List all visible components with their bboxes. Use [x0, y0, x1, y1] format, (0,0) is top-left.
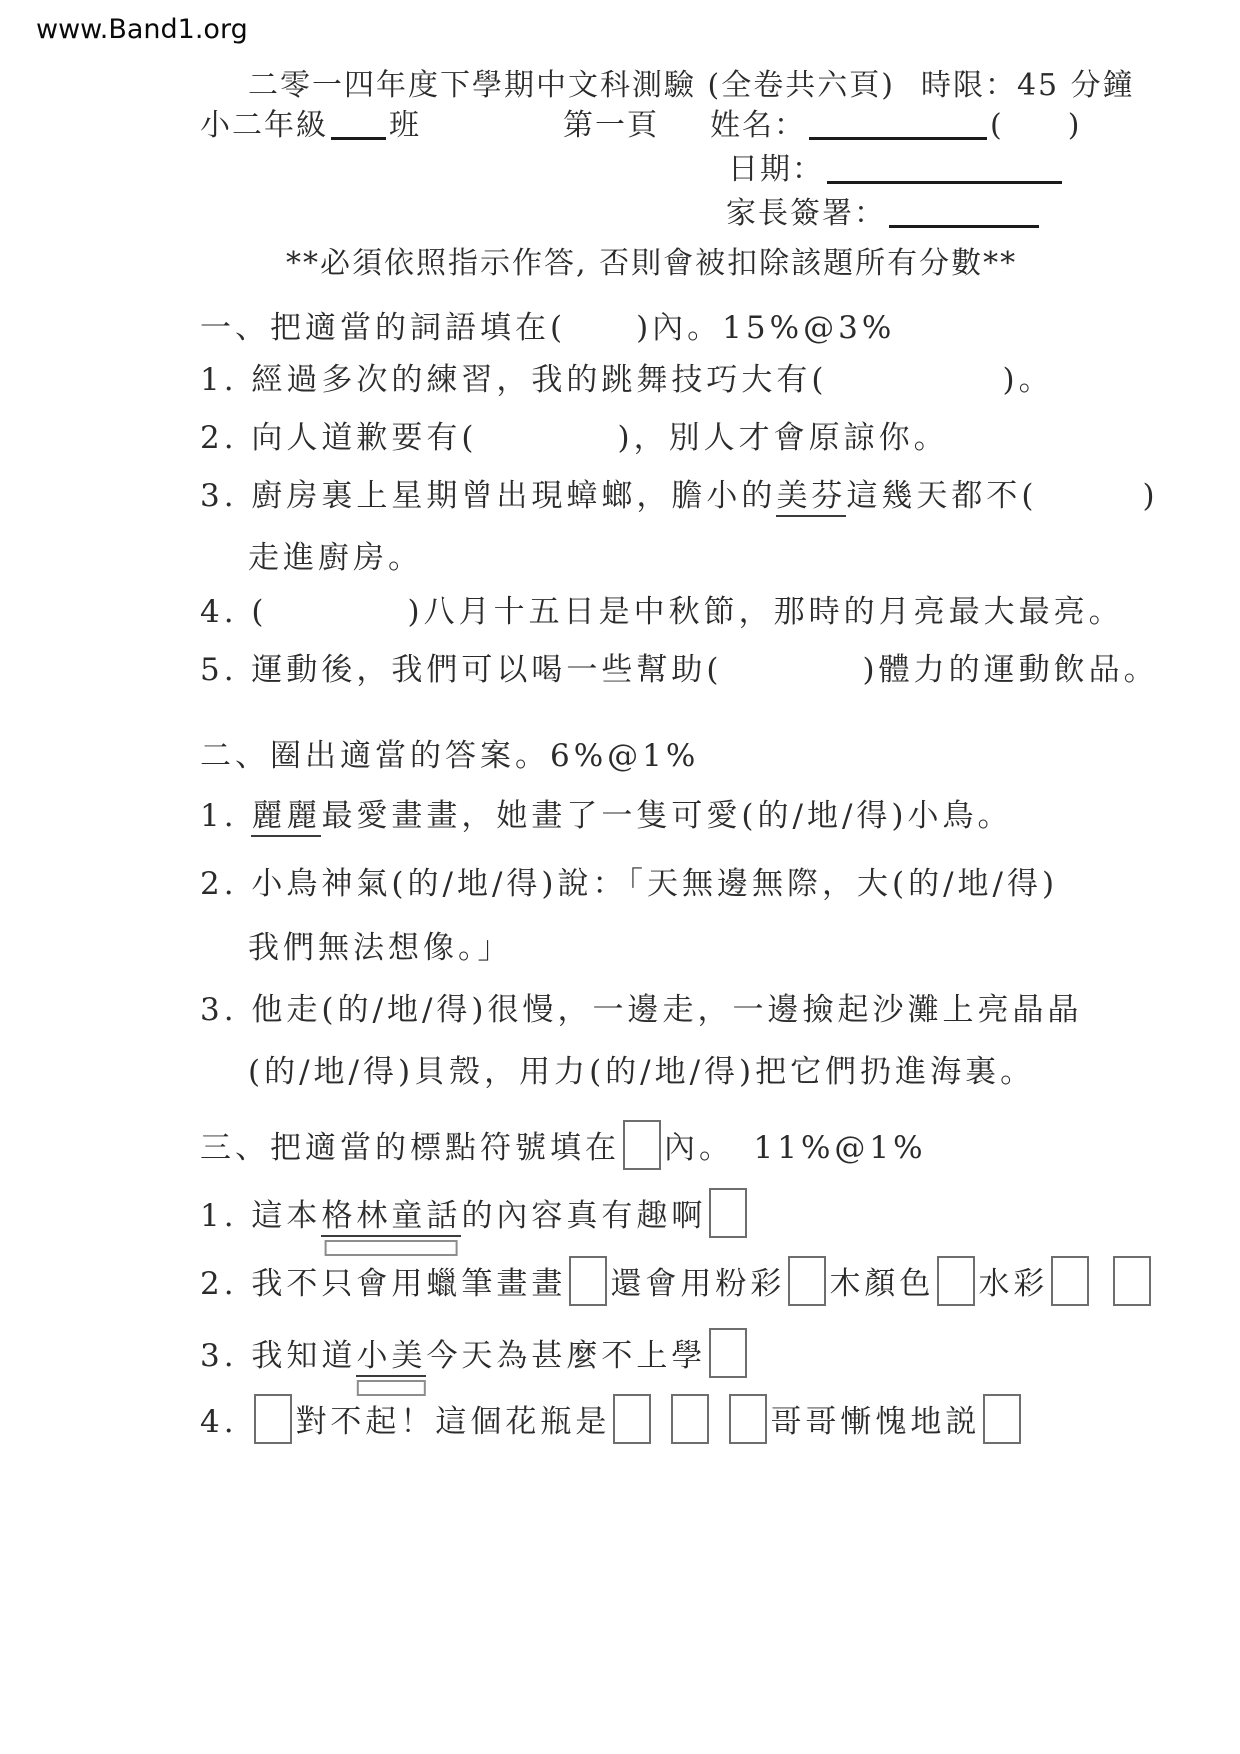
text-run: 今天為甚麼不上學: [426, 1338, 706, 1374]
question-1-4: 4. ( )八月十五日是中秋節，那時的月亮最大最亮。: [200, 592, 1124, 634]
text-run: 1.: [200, 798, 251, 834]
page-number-label: 第一頁: [563, 106, 659, 147]
proper-noun-text: 美芬: [776, 478, 846, 517]
grade-class-line: 小二年級班: [200, 106, 421, 147]
section-2-heading: 二、圈出適當的答案。6%@1%: [200, 736, 699, 778]
question-1-1: 1. 經過多次的練習，我的跳舞技巧大有( )。: [200, 360, 1054, 402]
text-run: 2. 小鳥神氣(的/地/得)說：「天無邊無際，大(的/地/得): [200, 866, 1058, 902]
text-run: 姓名：: [710, 108, 806, 143]
section-1-heading: 一、把適當的詞語填在( )內。15%@3%: [200, 308, 895, 350]
blank-fill-line[interactable]: [809, 137, 987, 140]
text-run: 三、把適當的標點符號填在: [200, 1130, 620, 1166]
text-run: **必須依照指示作答, 否則會被扣除該題所有分數**: [286, 246, 1017, 281]
blank-fill-line[interactable]: [827, 181, 1062, 184]
proper-noun-underlined: 格林童話: [321, 1196, 461, 1238]
text-run: 班: [389, 108, 421, 143]
punctuation-answer-box[interactable]: [937, 1256, 975, 1306]
text-run: 日期：: [728, 152, 824, 187]
question-2-3-line1: 3. 他走(的/地/得)很慢，一邊走，一邊撿起沙灘上亮晶晶: [200, 990, 1083, 1032]
text-run: 內。 11%@1%: [664, 1130, 927, 1166]
text-run: 4.: [200, 1404, 251, 1440]
text-run: 哥哥慚愧地説: [770, 1404, 980, 1440]
proper-noun-text: 麗麗: [251, 798, 321, 837]
punctuation-answer-box[interactable]: [569, 1256, 607, 1306]
text-run: 二、圈出適當的答案。6%@1%: [200, 738, 699, 774]
proper-noun-underlined: 麗麗: [251, 796, 321, 838]
punctuation-answer-box[interactable]: [623, 1120, 661, 1170]
text-run: 2. 向人道歉要有( )，別人才會原諒你。: [200, 420, 949, 456]
section-3-heading: 三、把適當的標點符號填在內。 11%@1%: [200, 1120, 927, 1170]
punctuation-answer-box[interactable]: [709, 1188, 747, 1238]
punctuation-answer-box[interactable]: [729, 1394, 767, 1444]
instruction-notice: **必須依照指示作答, 否則會被扣除該題所有分數**: [286, 244, 1017, 285]
question-1-3-line1: 3. 廚房裏上星期曾出現蟑螂，膽小的美芬這幾天都不( ): [200, 476, 1159, 518]
text-run: 1. 這本: [200, 1198, 321, 1234]
text-run: 小二年級: [200, 108, 328, 143]
blank-fill-line[interactable]: [889, 225, 1039, 228]
name-field-line: 姓名：( ): [710, 106, 1081, 147]
text-run: (的/地/得)貝殼，用力(的/地/得)把它們扔進海裏。: [248, 1054, 1035, 1090]
text-run: 二零一四年度下學期中文科測驗 (全卷共六頁): [248, 68, 895, 103]
text-run: 木顏色: [829, 1266, 934, 1302]
text-run: 還會用粉彩: [610, 1266, 785, 1302]
blank-fill-line[interactable]: [331, 137, 386, 140]
text-run: 一、把適當的詞語填在( )內。15%@3%: [200, 310, 895, 346]
test-title-line: 二零一四年度下學期中文科測驗 (全卷共六頁)時限：45 分鐘: [248, 66, 1135, 107]
question-3-1: 1. 這本格林童話的內容真有趣啊: [200, 1188, 750, 1238]
parent-signature-line: 家長簽署：: [726, 194, 1042, 235]
question-1-5: 5. 運動後，我們可以喝一些幫助( )體力的運動飲品。: [200, 650, 1159, 692]
proper-noun-underlined: 美芬: [776, 476, 846, 518]
question-1-3-line2: 走進廚房。: [248, 538, 423, 580]
text-run: 2. 我不只會用蠟筆畫畫: [200, 1266, 566, 1302]
text-run: 時限：45 分鐘: [921, 68, 1135, 103]
question-2-2-line1: 2. 小鳥神氣(的/地/得)說：「天無邊無際，大(的/地/得): [200, 864, 1058, 906]
text-run: 的內容真有趣啊: [461, 1198, 706, 1234]
text-run: 我們無法想像。」: [248, 930, 513, 966]
question-3-4: 4. 對不起！這個花瓶是哥哥慚愧地説: [200, 1394, 1024, 1444]
document-page: www.Band1.org 二零一四年度下學期中文科測驗 (全卷共六頁)時限：4…: [0, 0, 1240, 1754]
question-2-1: 1. 麗麗最愛畫畫，她畫了一隻可愛(的/地/得)小鳥。: [200, 796, 1013, 838]
text-run: 家長簽署：: [726, 196, 886, 231]
punctuation-answer-box[interactable]: [709, 1328, 747, 1378]
punctuation-answer-box[interactable]: [254, 1394, 292, 1444]
site-watermark: www.Band1.org: [36, 14, 248, 45]
punctuation-answer-box[interactable]: [1051, 1256, 1089, 1306]
text-run: ( ): [990, 108, 1081, 143]
text-run: 最愛畫畫，她畫了一隻可愛(的/地/得)小鳥。: [321, 798, 1012, 834]
proper-noun-underlined: 小美: [356, 1336, 426, 1378]
date-field-line: 日期：: [728, 150, 1065, 191]
text-run: 4. ( )八月十五日是中秋節，那時的月亮最大最亮。: [200, 594, 1124, 630]
question-2-3-line2: (的/地/得)貝殼，用力(的/地/得)把它們扔進海裏。: [248, 1052, 1035, 1094]
proper-noun-text: 小美: [356, 1338, 426, 1377]
proper-noun-text: 格林童話: [321, 1198, 461, 1237]
text-run: 5. 運動後，我們可以喝一些幫助( )體力的運動飲品。: [200, 652, 1159, 688]
title-mark-answer-rect[interactable]: [325, 1240, 458, 1256]
punctuation-answer-box[interactable]: [671, 1394, 709, 1444]
text-run: 3. 我知道: [200, 1338, 356, 1374]
question-3-2: 2. 我不只會用蠟筆畫畫還會用粉彩木顏色水彩: [200, 1256, 1154, 1306]
question-1-2: 2. 向人道歉要有( )，別人才會原諒你。: [200, 418, 949, 460]
text-run: 對不起！這個花瓶是: [295, 1404, 610, 1440]
punctuation-answer-box[interactable]: [983, 1394, 1021, 1444]
text-run: 3. 廚房裏上星期曾出現蟑螂，膽小的: [200, 478, 776, 514]
text-run: 走進廚房。: [248, 540, 423, 576]
text-run: 1. 經過多次的練習，我的跳舞技巧大有( )。: [200, 362, 1054, 398]
punctuation-answer-box[interactable]: [1113, 1256, 1151, 1306]
question-2-2-line2: 我們無法想像。」: [248, 928, 513, 970]
text-run: 第一頁: [563, 108, 659, 143]
text-run: 這幾天都不( ): [846, 478, 1158, 514]
punctuation-answer-box[interactable]: [788, 1256, 826, 1306]
text-run: 3. 他走(的/地/得)很慢，一邊走，一邊撿起沙灘上亮晶晶: [200, 992, 1083, 1028]
text-run: 水彩: [978, 1266, 1048, 1302]
question-3-3: 3. 我知道小美今天為甚麼不上學: [200, 1328, 750, 1378]
punctuation-answer-box[interactable]: [613, 1394, 651, 1444]
